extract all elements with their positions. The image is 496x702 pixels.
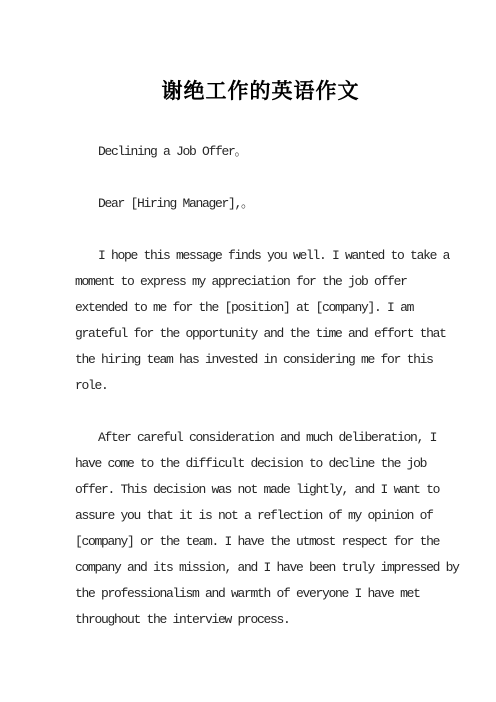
- text-line: Dear [Hiring Manager],。: [75, 191, 446, 217]
- text-line: offer. This decision was not made lightl…: [75, 477, 446, 503]
- paragraph-declining: Declining a Job Offer。: [75, 139, 446, 165]
- text-line: company and its mission, and I have been…: [75, 555, 446, 581]
- text-line: I hope this message finds you well. I wa…: [75, 243, 446, 269]
- document-title: 谢绝工作的英语作文: [75, 78, 446, 106]
- document-page: 谢绝工作的英语作文 Declining a Job Offer。 Dear [H…: [0, 0, 496, 702]
- text-line: grateful for the opportunity and the tim…: [75, 321, 446, 347]
- text-line: extended to me for the [position] at [co…: [75, 295, 446, 321]
- text-line: the hiring team has invested in consider…: [75, 347, 446, 373]
- text-line: the professionalism and warmth of everyo…: [75, 581, 446, 607]
- text-line: assure you that it is not a reflection o…: [75, 503, 446, 529]
- text-line: [company] or the team. I have the utmost…: [75, 529, 446, 555]
- text-line: throughout the interview process.: [75, 607, 446, 633]
- text-line: moment to express my appreciation for th…: [75, 269, 446, 295]
- text-line: role.: [75, 373, 446, 399]
- paragraph-decline-decision: After careful consideration and much del…: [75, 425, 446, 633]
- text-line: have come to the difficult decision to d…: [75, 451, 446, 477]
- text-line: After careful consideration and much del…: [75, 425, 446, 451]
- text-line: Declining a Job Offer。: [75, 139, 446, 165]
- paragraph-appreciation: I hope this message finds you well. I wa…: [75, 243, 446, 399]
- paragraph-salutation: Dear [Hiring Manager],。: [75, 191, 446, 217]
